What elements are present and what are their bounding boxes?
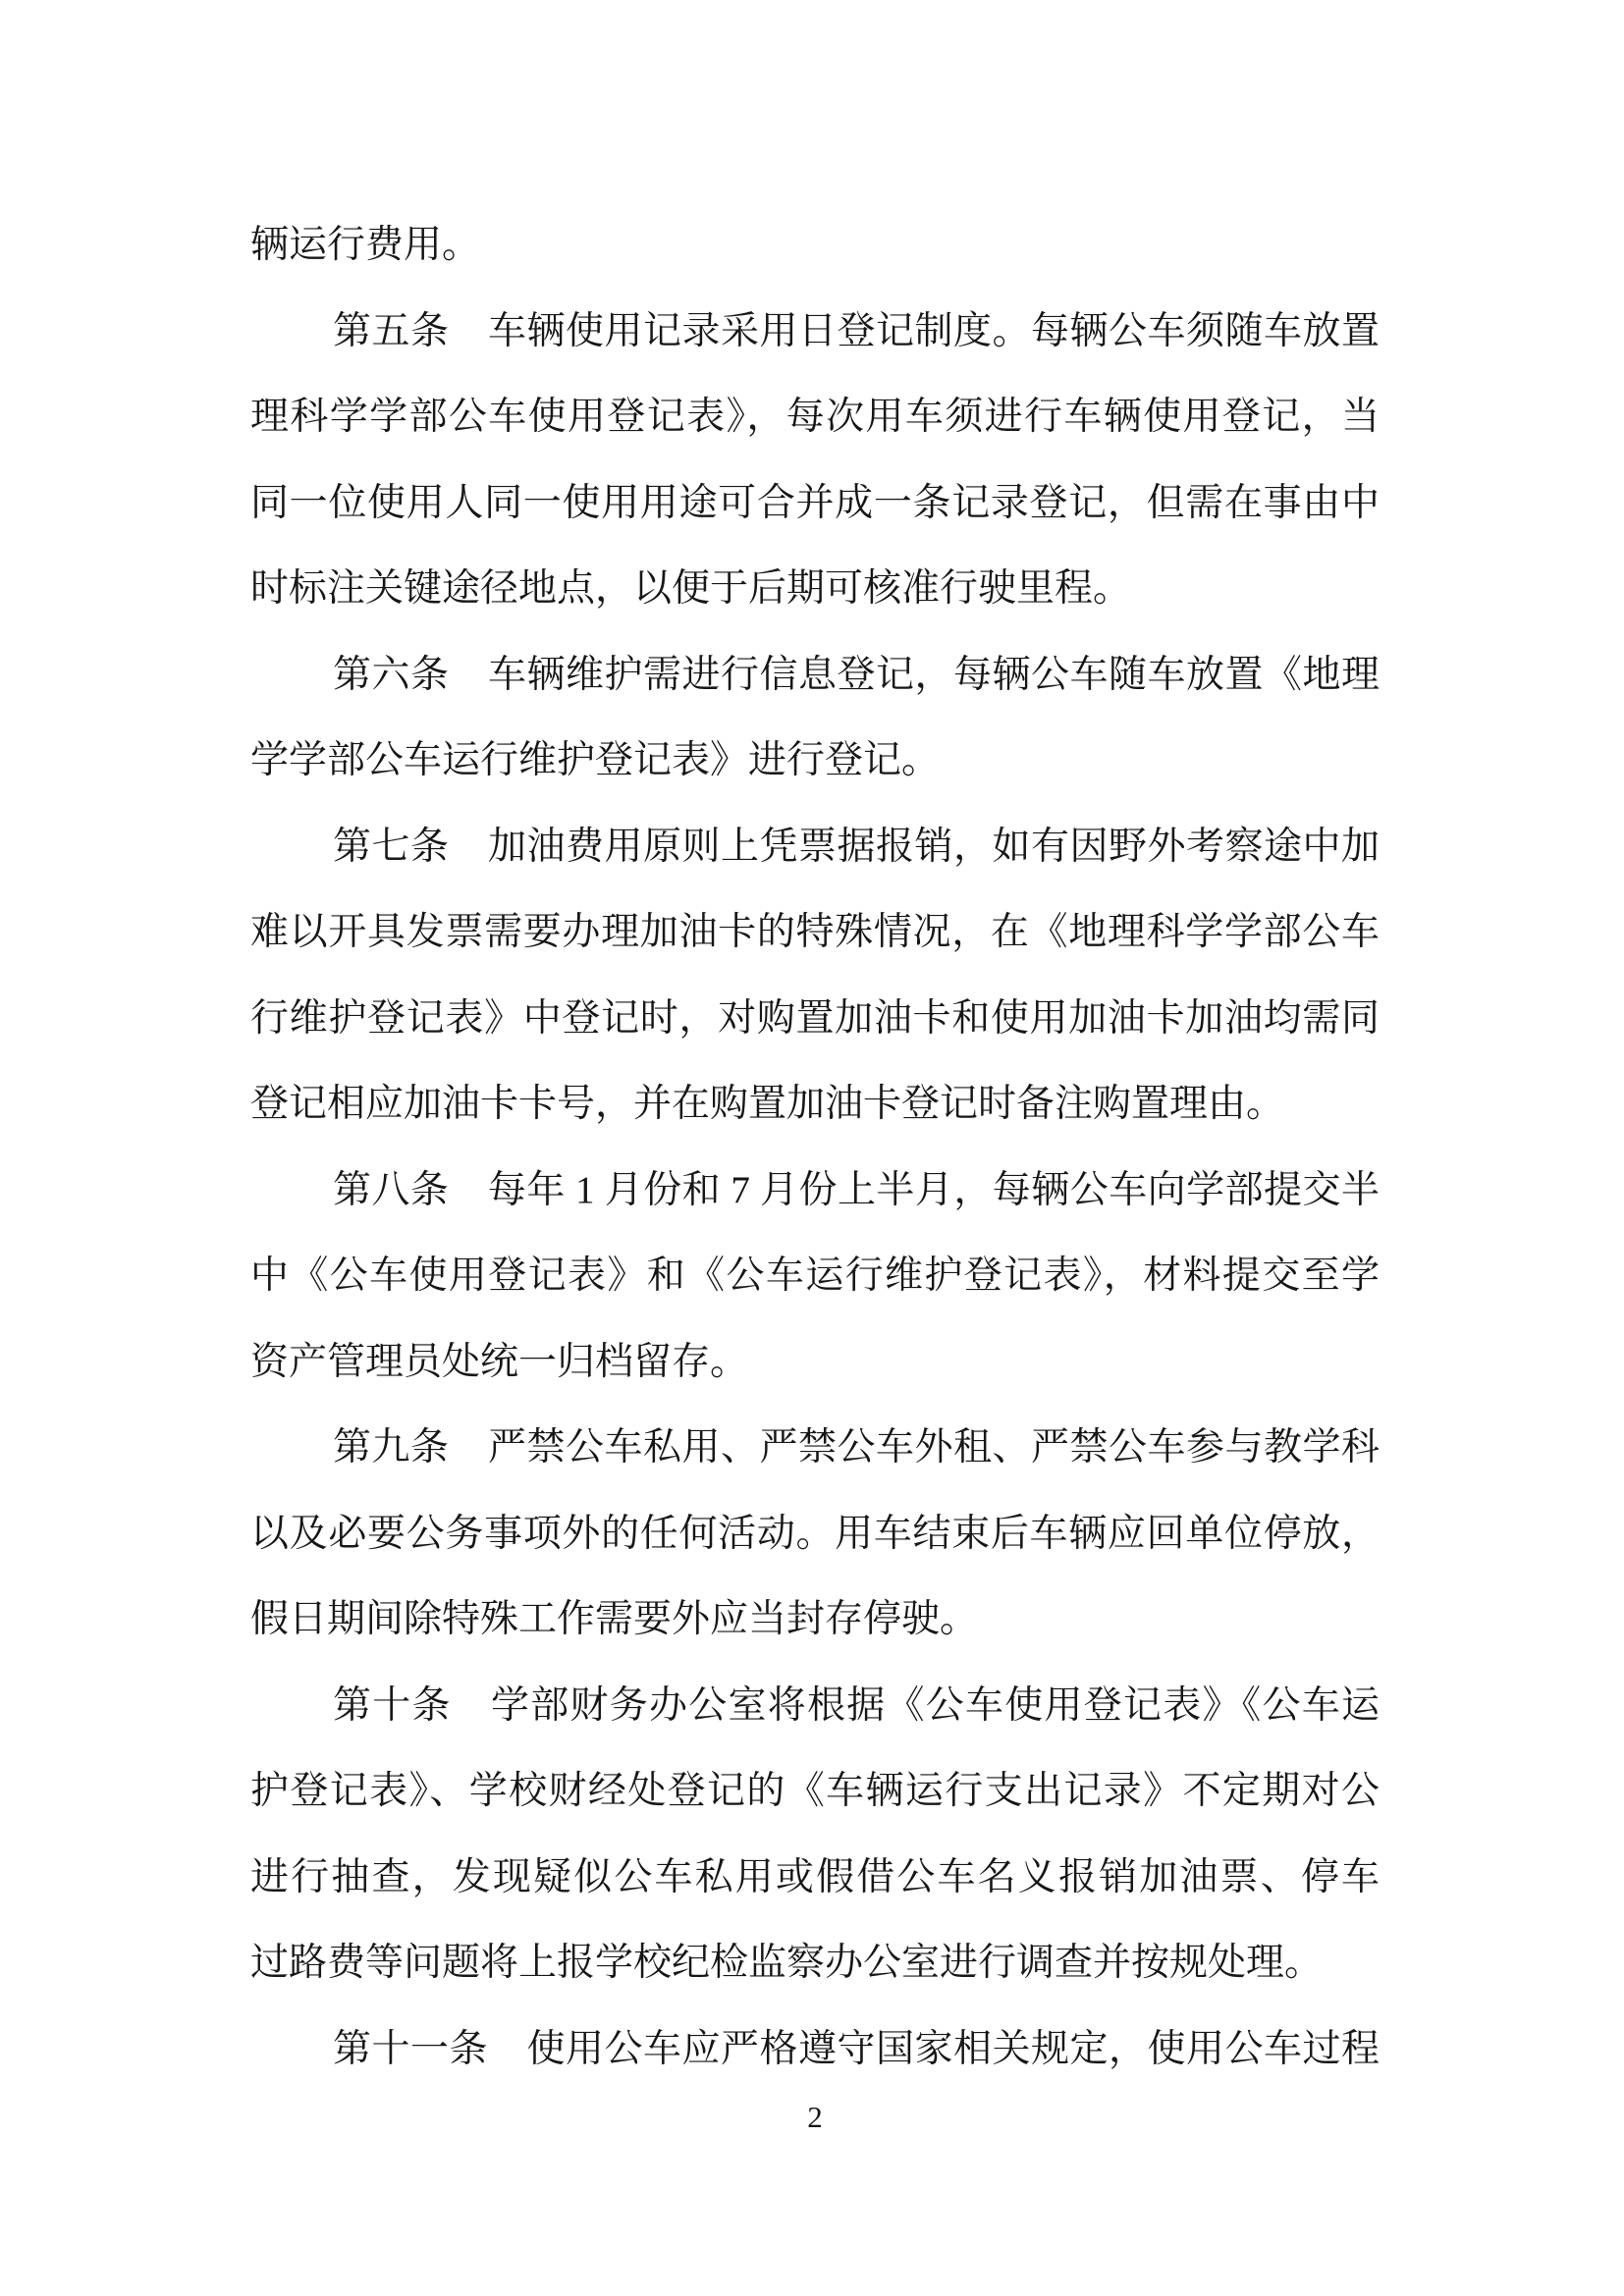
text-line-18: 第十条 学部财务办公室将根据《公车使用登记表》《公车运行维 <box>250 1663 1380 1749</box>
text-line-14: 资产管理员处统一归档留存。 <box>250 1319 1380 1406</box>
text-line-20: 进行抽查，发现疑似公车私用或假借公车名义报销加油票、停车费、 <box>250 1835 1380 1921</box>
text-line-9: 难以开具发票需要办理加油卡的特殊情况，在《地理科学学部公车运 <box>250 889 1380 976</box>
text-line-10: 行维护登记表》中登记时，对购置加油卡和使用加油卡加油均需同时 <box>250 976 1380 1062</box>
text-line-13: 中《公车使用登记表》和《公车运行维护登记表》，材料提交至学部 <box>250 1233 1380 1319</box>
text-line-7: 学学部公车运行维护登记表》进行登记。 <box>250 718 1380 804</box>
text-line-6: 第六条 车辆维护需进行信息登记，每辆公车随车放置《地理科 <box>250 632 1380 719</box>
text-line-21: 过路费等问题将上报学校纪检监察办公室进行调查并按规处理。 <box>250 1920 1380 2006</box>
page-number: 2 <box>250 2097 1380 2138</box>
text-line-4: 同一位使用人同一使用用途可合并成一条记录登记，但需在事由中同 <box>250 460 1380 547</box>
text-line-19: 护登记表》、学校财经处登记的《车辆运行支出记录》不定期对公车 <box>250 1748 1380 1835</box>
text-line-12: 第八条 每年 1 月份和 7 月份上半月，每辆公车向学部提交半年 <box>250 1148 1380 1234</box>
text-line-2: 第五条 车辆使用记录采用日登记制度。每辆公车须随车放置《地 <box>250 289 1380 375</box>
text-line-1: 辆运行费用。 <box>250 202 1380 289</box>
text-line-17: 假日期间除特殊工作需要外应当封存停驶。 <box>250 1576 1380 1663</box>
text-line-11: 登记相应加油卡卡号，并在购置加油卡登记时备注购置理由。 <box>250 1061 1380 1148</box>
text-line-8: 第七条 加油费用原则上凭票据报销，如有因野外考察途中加油 <box>250 804 1380 890</box>
text-line-15: 第九条 严禁公车私用、严禁公车外租、严禁公车参与教学科研 <box>250 1405 1380 1491</box>
text-line-16: 以及必要公务事项外的任何活动。用车结束后车辆应回单位停放，节 <box>250 1491 1380 1577</box>
text-line-22: 第十一条 使用公车应严格遵守国家相关规定，使用公车过程中 <box>250 2006 1380 2093</box>
document-body: 辆运行费用。 第五条 车辆使用记录采用日登记制度。每辆公车须随车放置《地 理科学… <box>250 202 1380 2092</box>
document-page: 辆运行费用。 第五条 车辆使用记录采用日登记制度。每辆公车须随车放置《地 理科学… <box>0 0 1624 2296</box>
text-line-3: 理科学学部公车使用登记表》，每次用车须进行车辆使用登记，当日 <box>250 374 1380 460</box>
text-line-5: 时标注关键途径地点，以便于后期可核准行驶里程。 <box>250 546 1380 632</box>
